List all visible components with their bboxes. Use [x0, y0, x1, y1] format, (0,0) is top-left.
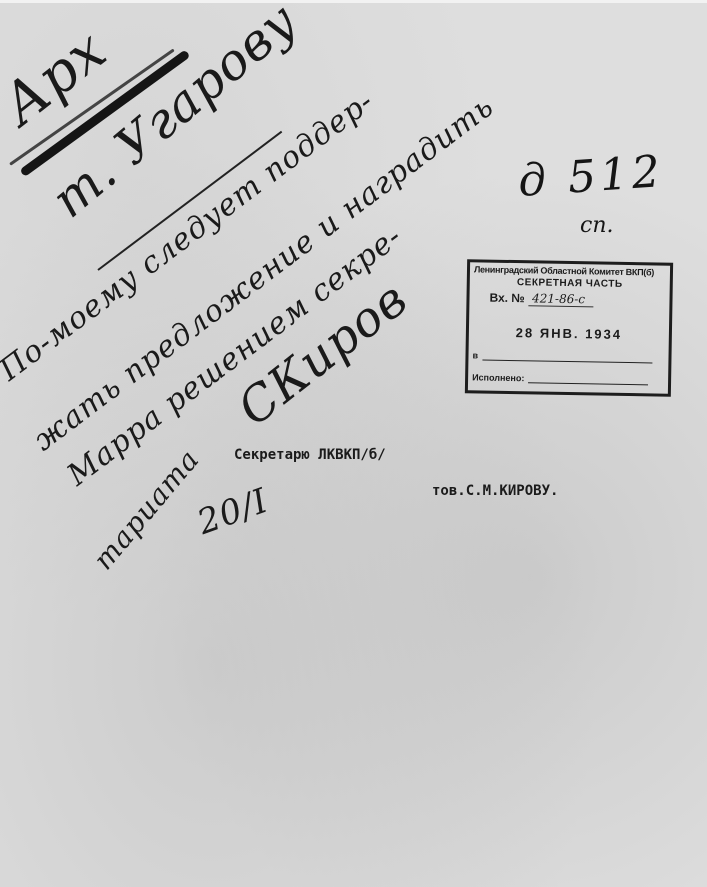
typed-address-line-2: тов.С.М.КИРОВУ. [432, 483, 558, 499]
stamp-field-v: в [472, 350, 658, 363]
document-page: Арх т. Угарову По-моему следует поддер- … [0, 0, 707, 887]
stamp-date: 28 ЯНВ. 1934 [469, 324, 669, 342]
stamp-department: СЕКРЕТНАЯ ЧАСТЬ [470, 276, 670, 290]
stamp-organization: Ленинградский Областной Комитет ВКП(б) [474, 264, 666, 277]
resolution-date: 20/I [192, 481, 273, 543]
stamp-incoming: Вх. № 421-86-с [489, 291, 593, 307]
stamp-field-v-label: в [472, 350, 478, 360]
stamp-incoming-number: 421-86-с [528, 291, 593, 307]
stamp-executed: Исполнено: [472, 372, 658, 385]
registration-sub-mark: сп. [580, 213, 613, 238]
stamp-incoming-label: Вх. № [489, 291, 524, 306]
typed-address-line-1: Секретарю ЛКВКП/б/ [234, 447, 386, 463]
stamp-executed-label: Исполнено: [472, 372, 524, 383]
secret-department-stamp: Ленинградский Областной Комитет ВКП(б) С… [465, 259, 673, 397]
registration-number: д 512 [516, 146, 665, 207]
